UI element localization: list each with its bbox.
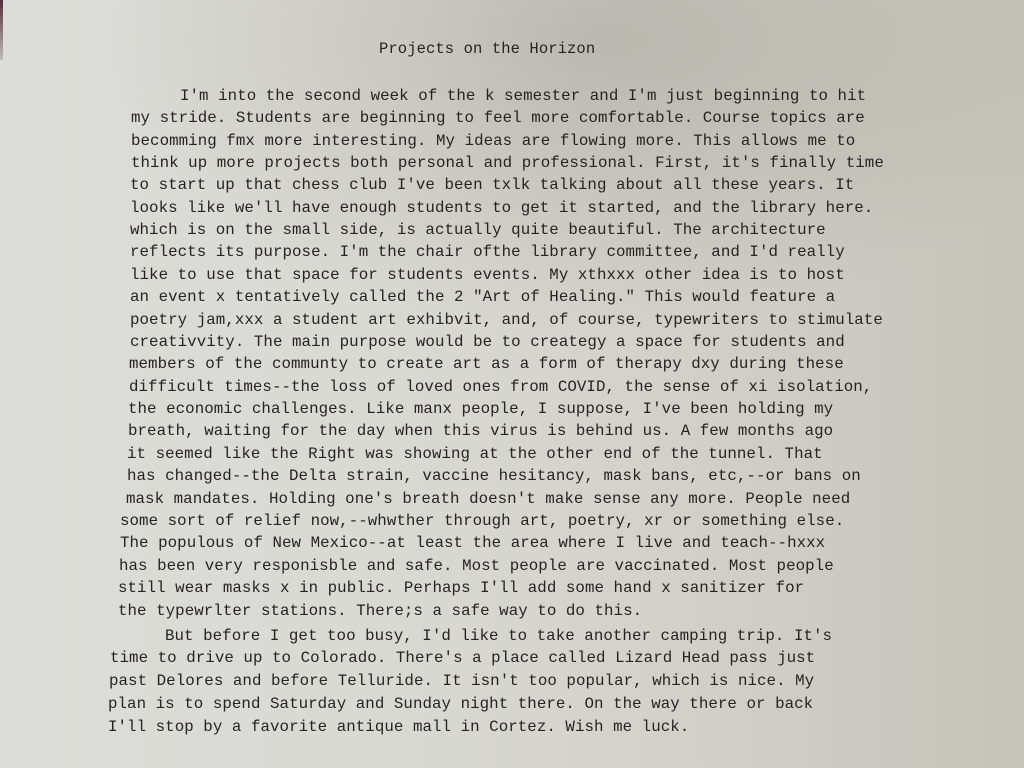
text-line: members of the communty to create art as… <box>129 354 844 374</box>
text-line: becomming fmx more interesting. My ideas… <box>131 131 855 151</box>
text-line: like to use that space for students even… <box>130 265 845 285</box>
text-line: an event x tentatively called the 2 "Art… <box>130 287 835 307</box>
text-line: think up more projects both personal and… <box>131 153 884 173</box>
text-line: mask mandates. Holding one's breath does… <box>126 489 850 509</box>
page-title: Projects on the Horizon <box>379 40 595 58</box>
text-line: poetry jam,xxx a student art exhibvit, a… <box>130 310 883 330</box>
text-line: plan is to spend Saturday and Sunday nig… <box>108 694 813 714</box>
text-line: to start up that chess club I've been tx… <box>130 175 854 195</box>
text-line: some sort of relief now,--whwther throug… <box>120 511 844 531</box>
text-line: The populous of New Mexico--at least the… <box>120 533 825 553</box>
text-line: has changed--the Delta strain, vaccine h… <box>127 466 861 486</box>
text-line: the economic challenges. Like manx peopl… <box>128 399 833 419</box>
text-line: past Delores and before Telluride. It is… <box>109 671 814 691</box>
text-line: looks like we'll have enough students to… <box>130 198 873 218</box>
text-line: my stride. Students are beginning to fee… <box>131 108 865 128</box>
text-line: the typewrlter stations. There;s a safe … <box>118 601 642 621</box>
text-line: creativvity. The main purpose would be t… <box>130 332 845 352</box>
text-line: reflects its purpose. I'm the chair ofth… <box>130 242 845 262</box>
text-line: difficult times--the loss of loved ones … <box>129 377 872 397</box>
text-line: I'll stop by a favorite antique mall in … <box>108 717 689 737</box>
text-line: breath, waiting for the day when this vi… <box>128 421 833 441</box>
text-line: it seemed like the Right was showing at … <box>127 444 823 464</box>
text-line: still wear masks x in public. Perhaps I'… <box>118 578 804 598</box>
text-line: which is on the small side, is actually … <box>130 220 826 240</box>
text-line: I'm into the second week of the k semest… <box>180 86 866 106</box>
text-line: But before I get too busy, I'd like to t… <box>165 626 832 646</box>
text-line: has been very responisble and safe. Most… <box>119 556 834 576</box>
typewritten-page: Projects on the Horizon I'm into the sec… <box>0 0 1024 768</box>
text-line: time to drive up to Colorado. There's a … <box>110 648 815 668</box>
